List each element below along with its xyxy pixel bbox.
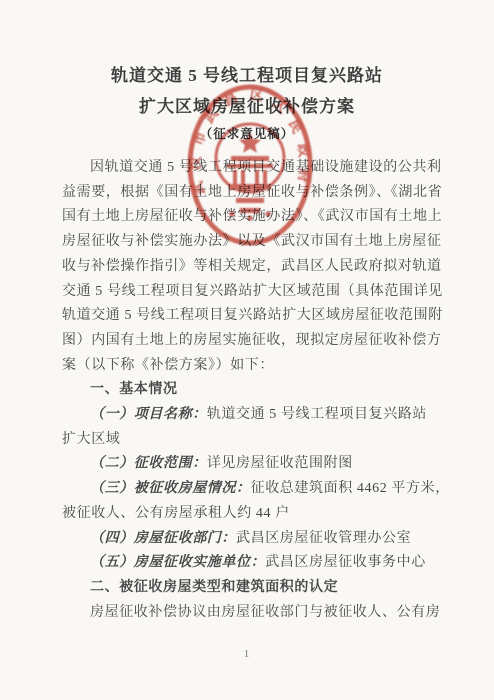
text-segment: 益需要，根据《国有土地上房屋征收与补偿条例》、《湖北省 <box>62 185 442 200</box>
body-text: 因轨道交通 5 号线工程项目交通基础设施建设的公共利益需要，根据《国有土地上房屋… <box>62 156 440 625</box>
text-segment: 案（以下称《补偿方案》）如下： <box>62 358 274 373</box>
body-text-line: 益需要，根据《国有土地上房屋征收与补偿条例》、《湖北省 <box>62 181 440 206</box>
text-segment: 轨道交通 5 号线工程项目复兴路站 <box>207 407 427 422</box>
text-segment: 一、基本情况 <box>90 382 178 397</box>
body-text-line: （一）项目名称：轨道交通 5 号线工程项目复兴路站 <box>62 403 440 428</box>
page-number: 1 <box>0 648 494 660</box>
body-text-line: 房屋征收与补偿实施办法》以及《武汉市国有土地上房屋征 <box>62 230 440 255</box>
body-text-line: 房屋征收补偿协议由房屋征收部门与被征收人、公有房 <box>62 601 440 626</box>
text-segment: 国有土地上房屋征收与补偿实施办法》、《武汉市国有土地上 <box>62 209 442 224</box>
body-text-line: 交通 5 号线工程项目复兴路站扩大区域范围（具体范围详见 <box>62 280 440 305</box>
body-text-line: （二）征收范围：详见房屋征收范围附图 <box>62 452 440 477</box>
text-segment: 因轨道交通 5 号线工程项目交通基础设施建设的公共利 <box>90 160 442 175</box>
text-segment: 图）内国有土地上的房屋实施征收，现拟定房屋征收补偿方 <box>62 333 442 348</box>
body-text-line: 扩大区域 <box>62 428 440 453</box>
body-text-line: 一、基本情况 <box>62 378 440 403</box>
text-segment: （三）被征收房屋情况： <box>90 481 251 496</box>
text-segment: 交通 5 号线工程项目复兴路站扩大区域范围（具体范围详见 <box>62 284 443 299</box>
text-segment: 扩大区域 <box>62 432 120 447</box>
text-segment: 收与补偿操作指引》等相关规定，武昌区人民政府拟对轨道 <box>62 259 442 274</box>
text-segment: 轨道交通 5 号线工程项目复兴路站扩大区域房屋征收范围附 <box>62 308 443 323</box>
text-segment: 武昌区房屋征收管理办公室 <box>236 531 411 546</box>
body-text-line: 被征收人、公有房屋承租人约 44 户 <box>62 502 440 527</box>
text-segment: （二）征收范围： <box>90 456 207 471</box>
text-segment: 房屋征收与补偿实施办法》以及《武汉市国有土地上房屋征 <box>62 234 442 249</box>
document-page: 轨道交通 5 号线工程项目复兴路站 扩大区域房屋征收补偿方案 （征求意见稿） 因… <box>0 0 494 700</box>
title-line-2: 扩大区域房屋征收补偿方案 <box>0 91 494 122</box>
title-line-1: 轨道交通 5 号线工程项目复兴路站 <box>0 60 494 91</box>
body-text-line: 因轨道交通 5 号线工程项目交通基础设施建设的公共利 <box>62 156 440 181</box>
text-segment: 房屋征收补偿协议由房屋征收部门与被征收人、公有房 <box>90 605 440 620</box>
text-segment: 被征收人、公有房屋承租人约 44 户 <box>62 506 290 521</box>
body-text-line: 收与补偿操作指引》等相关规定，武昌区人民政府拟对轨道 <box>62 255 440 280</box>
body-text-line: 轨道交通 5 号线工程项目复兴路站扩大区域房屋征收范围附 <box>62 304 440 329</box>
document-title: 轨道交通 5 号线工程项目复兴路站 扩大区域房屋征收补偿方案 <box>0 60 494 122</box>
body-text-line: 二、被征收房屋类型和建筑面积的认定 <box>62 576 440 601</box>
text-segment: （四）房屋征收部门： <box>90 531 236 546</box>
body-text-line: 国有土地上房屋征收与补偿实施办法》、《武汉市国有土地上 <box>62 205 440 230</box>
text-segment: 二、被征收房屋类型和建筑面积的认定 <box>90 580 338 595</box>
text-segment: 武昌区房屋征收事务中心 <box>265 555 426 570</box>
text-segment: 详见房屋征收范围附图 <box>207 456 353 471</box>
body-text-line: （三）被征收房屋情况：征收总建筑面积 4462 平方米， <box>62 477 440 502</box>
body-text-line: （四）房屋征收部门：武昌区房屋征收管理办公室 <box>62 527 440 552</box>
body-text-line: 图）内国有土地上的房屋实施征收，现拟定房屋征收补偿方 <box>62 329 440 354</box>
text-segment: 征收总建筑面积 4462 平方米， <box>251 481 450 496</box>
text-segment: （一）项目名称： <box>90 407 207 422</box>
body-text-line: （五）房屋征收实施单位：武昌区房屋征收事务中心 <box>62 551 440 576</box>
text-segment: （五）房屋征收实施单位： <box>90 555 265 570</box>
draft-note: （征求意见稿） <box>0 124 494 142</box>
body-text-line: 案（以下称《补偿方案》）如下： <box>62 354 440 379</box>
